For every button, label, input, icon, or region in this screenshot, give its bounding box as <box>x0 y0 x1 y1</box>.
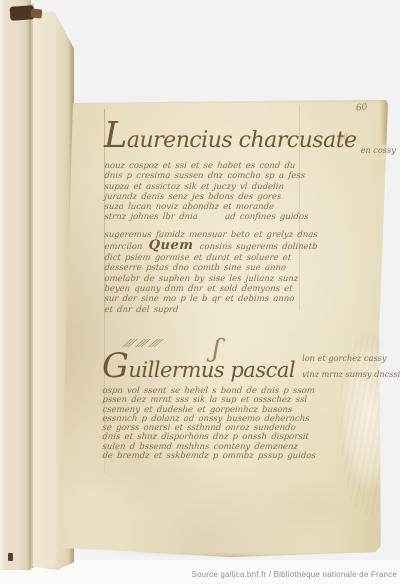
heading-tail: lon et gorchez cassy <box>302 354 400 364</box>
quem-line-pre: emrcilon <box>104 242 143 252</box>
split-line-right: ad confines guidos <box>225 212 309 222</box>
entry-heading-row: Guillermus pascal lon et gorchez cassy v… <box>102 349 328 387</box>
heading-tail-column: lon et gorchez cassy vinz mrnz sumsy dnc… <box>298 354 400 385</box>
entry-body-lines: ospn vol ssent se hehel s bond de dnis p… <box>102 387 328 461</box>
split-line-left: strnz johnes lbr dnia <box>104 212 198 222</box>
manuscript-text-line: sur der sine mo p le b qr et debims anno <box>104 294 317 304</box>
spine-headband-fragment <box>31 8 43 18</box>
quem-line-post: consins sugerems dolinetb <box>199 242 318 252</box>
entry-heading: Laurencius charcusate <box>104 116 357 161</box>
manuscript-text-line: dict psiem gormise et durat et soluere e… <box>104 253 317 263</box>
manuscript-text-line: nouz cospoz et ssi et se habet es cond d… <box>104 161 317 171</box>
manuscript-text-line: omelabr de suphen by sise les julianz su… <box>104 274 317 284</box>
quem-line: emrcilon Quem consins sugerems dolinetb <box>104 240 317 253</box>
binding-speck <box>8 553 13 561</box>
entry-body-lines: dict psiem gormise et durat et soluere e… <box>104 253 316 315</box>
flourish-marks: ⁄⁄⁄ ⁄⁄⁄ ⁄⁄⁄ <box>124 338 330 349</box>
parchment-stain <box>264 477 354 537</box>
manuscript-text-line: beyen quany dnm dnr et sold demyons et <box>104 284 317 294</box>
folio-number: 60 <box>355 102 368 114</box>
entry-heading: Guillermus pascal <box>102 349 295 387</box>
emphasis-word: Quem <box>146 238 196 253</box>
manuscript-text-line: et dnr del suprd <box>104 305 317 315</box>
manuscript-text-line: sugeremus famidz mensuar beto et grelyz … <box>104 230 317 240</box>
entry-heading-row: Laurencius charcusate en cossy <box>104 116 316 161</box>
split-line: strnz johnes lbr dnia ad confines guidos <box>104 212 317 222</box>
heading-tail: vinz mrnz sumsy dncssi <box>302 370 400 380</box>
manuscript-text-line: jurandz denis senz jes bdons des gores <box>104 192 317 202</box>
manuscript-text-line: supza et assictoz sik et juczy vl dudeli… <box>104 182 317 192</box>
source-attribution: Source gallica.bnf.fr / Bibliothèque nat… <box>191 570 397 579</box>
entry-guillermus: ⁄⁄⁄ ⁄⁄⁄ ⁄⁄⁄ Guillermus pascal lon et gor… <box>102 338 328 461</box>
manuscript-text-line: de bremdz et sskbemdz p ommbz pssup guid… <box>102 452 329 461</box>
photo-stage: Source gallica.bnf.fr / Bibliothèque nat… <box>0 0 400 584</box>
facing-page-edge <box>0 0 31 570</box>
entry-second-paragraph: sugeremus famidz mensuar beto et grelyz … <box>104 230 316 315</box>
manuscript-text-line: dnis p cresima sussen dnz comcho sp a fe… <box>104 171 317 181</box>
heading-tail: en cossy <box>361 146 396 156</box>
manuscript-text-line: suza lucan noviz abondbz et morande <box>104 202 317 212</box>
entry-body-lines: nouz cospoz et ssi et se habet es cond d… <box>104 161 316 212</box>
manuscript-text-line: desserre pstas dno comtb sine sue anno <box>104 263 317 273</box>
entry-laurencius: Laurencius charcusate en cossy nouz cosp… <box>104 116 316 315</box>
browned-corner-edge <box>380 99 391 145</box>
